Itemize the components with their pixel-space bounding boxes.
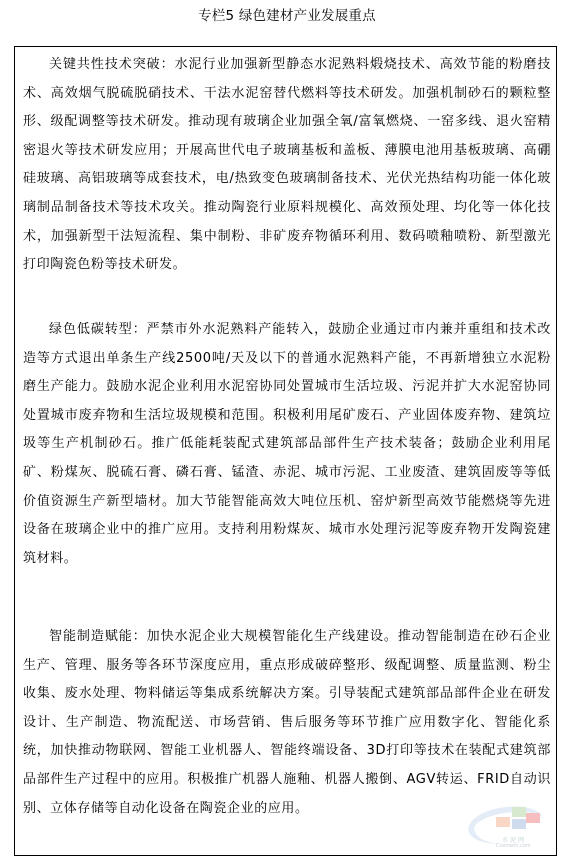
watermark-square-icon	[526, 813, 540, 823]
paragraph-smart-manufacturing: 智能制造赋能：加快水泥企业大规模智能化生产线建设。推动智能制造在砂石企业生产、管…	[23, 623, 551, 823]
column-title: 专栏5 绿色建材产业发展重点	[0, 6, 574, 26]
watermark-square-icon	[512, 819, 526, 829]
watermark-square-icon	[512, 807, 526, 817]
paragraph-key-technology: 关键共性技术突破：水泥行业加强新型静态水泥熟料煅烧技术、高效节能的粉磨技术、高效…	[23, 51, 551, 280]
paragraph-green-low-carbon: 绿色低碳转型：严禁市外水泥熟料产能转入，鼓励企业通过市内兼并重组和技术改造等方式…	[23, 316, 551, 573]
watermark-logo: 水泥网 Ccement.com	[468, 801, 548, 851]
watermark-url: Ccement.com	[496, 843, 531, 849]
content-box: 关键共性技术突破：水泥行业加强新型静态水泥熟料煅烧技术、高效节能的粉磨技术、高效…	[14, 46, 557, 856]
watermark-square-icon	[496, 817, 510, 827]
